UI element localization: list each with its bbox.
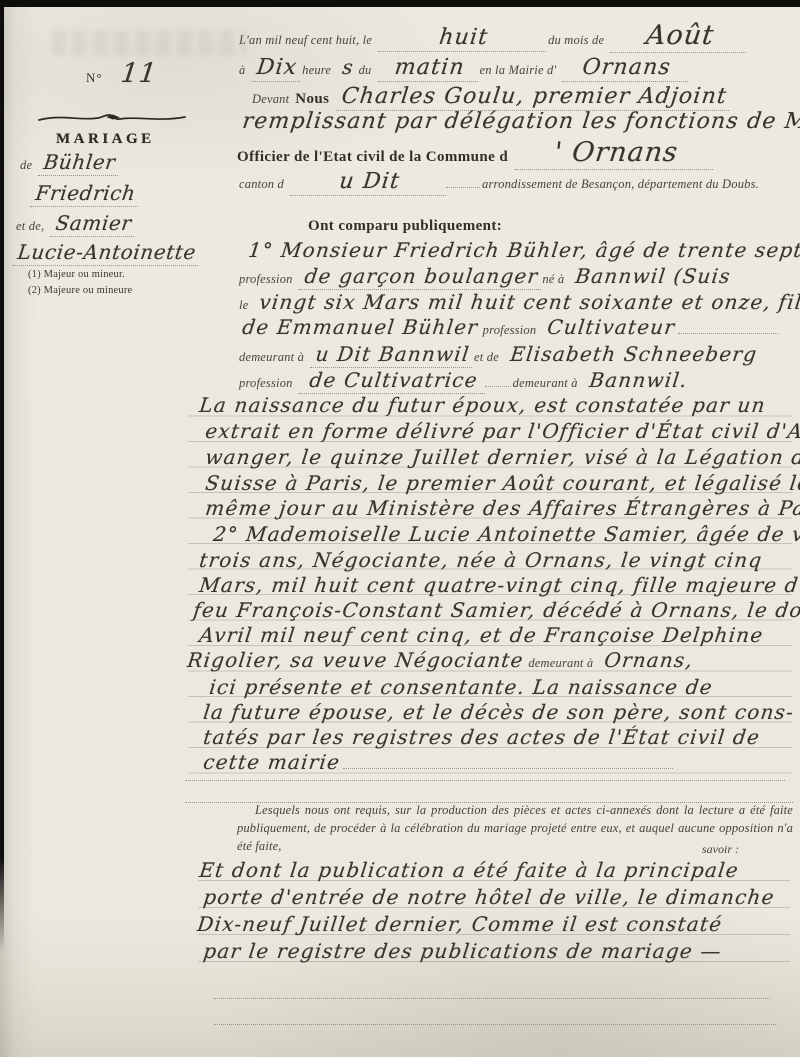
printed-form-text: heure xyxy=(300,63,337,77)
printed-form-text: arrondissement de Besançon, département … xyxy=(480,177,765,191)
act-number-line: N°11 xyxy=(86,58,159,89)
printed-form-text: demeurant à xyxy=(526,656,599,670)
groom-line-6: professionde Cultivatricedemeurant àBann… xyxy=(237,368,690,394)
printed-form-text: Devant xyxy=(250,92,295,106)
margin-title-line: MARIAGE xyxy=(56,130,155,148)
printed-form-text: né à xyxy=(540,272,570,286)
printed-form-text: profession xyxy=(237,376,299,390)
bride-surname: Samier xyxy=(50,211,137,237)
bride-line-1: 2° Mademoiselle Lucie Antoinette Samier,… xyxy=(208,522,800,546)
handwritten-entry: porte d'entrée de notre hôtel de ville, … xyxy=(198,885,780,909)
dotted-rule xyxy=(214,1006,776,1025)
dotted-rule xyxy=(678,315,778,334)
groom-line-4: de Emmanuel BühlerprofessionCultivateur xyxy=(237,315,778,339)
publication-line-4: par le registre des publications de mari… xyxy=(198,939,724,963)
margin-bride-firstname-line: Lucie-Antoinette xyxy=(12,240,198,266)
groom-birth-line-1: La naissance du futur époux, est constat… xyxy=(194,393,768,417)
marriage-register-page: N°11 MARIAGE deBühler Friedrich et de,Sa… xyxy=(0,0,800,1057)
footnote-text: (2) Majeure ou mineure xyxy=(28,285,132,296)
handwritten-entry: même jour au Ministère des Affaires Étra… xyxy=(200,496,800,520)
printed-form-text: le xyxy=(237,298,254,312)
groom-line-3: levingt six Mars mil huit cent soixante … xyxy=(237,290,800,314)
dotted-rule xyxy=(185,762,785,781)
dotted-rule xyxy=(446,169,480,188)
handwritten-entry: Dix-neuf Juillet dernier, Comme il est c… xyxy=(192,912,728,936)
date-line: L'an mil neuf cent huit, lehuitdu mois d… xyxy=(237,20,746,53)
act-number: 11 xyxy=(115,58,163,89)
marriage-title: MARIAGE xyxy=(56,131,155,147)
dotted-rule xyxy=(485,368,511,387)
printed-form-text: Ont comparu publiquement: xyxy=(308,218,509,234)
handwritten-entry: de garçon boulanger xyxy=(299,264,544,290)
printed-form-text: L'an mil neuf cent huit, le xyxy=(237,33,378,47)
printed-form-text: Officier de l'Etat civil de la Commune d xyxy=(237,149,515,165)
handwritten-entry: Cultivateur xyxy=(542,315,681,339)
groom-birth-line-2: extrait en forme délivré par l'Officier … xyxy=(200,419,800,443)
handwritten-entry: wanger, le quinze Juillet dernier, visé … xyxy=(200,445,800,469)
printed-form-text: et de xyxy=(472,350,505,364)
handwritten-commune: ' Ornans xyxy=(515,137,717,170)
handwritten-entry: Mars, mil huit cent quatre-vingt cinq, f… xyxy=(194,573,800,597)
commune-line: Officier de l'Etat civil de la Commune d… xyxy=(237,137,713,170)
bride-line-2: trois ans, Négociante, née à Ornans, le … xyxy=(194,548,765,572)
bottom-rule xyxy=(214,1006,776,1030)
groom-birth-line-4: Suisse à Paris, le premier Août courant,… xyxy=(200,471,800,495)
officiant-line: DevantNousCharles Goulu, premier Adjoint xyxy=(250,84,730,111)
groom-birth-line-5: même jour au Ministère des Affaires Étra… xyxy=(200,496,800,520)
bride-line-3: Mars, mil huit cent quatre-vingt cinq, f… xyxy=(194,573,800,597)
ink-bleed-smudge xyxy=(52,30,247,56)
handwritten-entry: ici présente et consentante. La naissanc… xyxy=(204,675,718,699)
handwritten-day: huit xyxy=(378,25,549,52)
handwritten-commune: Ornans xyxy=(562,55,691,82)
savoir-label: savoir : xyxy=(702,842,739,857)
divider-flourish xyxy=(36,110,188,131)
separator-rule xyxy=(185,762,785,786)
footnote-text: (1) Majeur ou mineur. xyxy=(28,269,125,280)
printed-form-text: demeurant à xyxy=(511,376,584,390)
handwritten-entry: 2° Mademoiselle Lucie Antoinette Samier,… xyxy=(208,522,800,546)
printed-form-text: demeurant à xyxy=(237,350,310,364)
canton-line: canton du Ditarrondissement de Besançon,… xyxy=(237,169,765,196)
groom-line-1: 1° Monsieur Friedrich Bühler, âgé de tre… xyxy=(243,238,800,262)
printed-form-text: profession xyxy=(237,272,299,286)
handwritten-entry: Avril mil neuf cent cinq, et de François… xyxy=(194,623,769,647)
handwritten-entry: Suisse à Paris, le premier Août courant,… xyxy=(200,471,800,495)
handwritten-entry: de Emmanuel Bühler xyxy=(237,315,484,339)
handwritten-officiant: Charles Goulu, premier Adjoint xyxy=(336,84,733,111)
handwritten-entry: remplissant par délégation les fonctions… xyxy=(237,109,800,134)
handwritten-entry: 1° Monsieur Friedrich Bühler, âgé de tre… xyxy=(243,238,800,262)
handwritten-canton: u Dit xyxy=(290,169,449,196)
handwritten-entry: par le registre des publications de mari… xyxy=(198,939,727,963)
handwritten-entry: extrait en forme délivré par l'Officier … xyxy=(200,419,800,443)
handwritten-morning: matin xyxy=(378,55,481,82)
margin-groom-surname-line: deBühler xyxy=(18,150,118,176)
bottom-rule xyxy=(214,980,770,1004)
handwritten-entry: Elisabeth Schneeberg xyxy=(505,342,763,366)
printed-form-text: Nous xyxy=(295,91,336,107)
groom-line-5: demeurant àu Dit Bannwilet deElisabeth S… xyxy=(237,342,760,368)
publication-line-2: porte d'entrée de notre hôtel de ville, … xyxy=(198,885,777,909)
printed-form-text: à xyxy=(237,63,251,77)
groom-birth-line-3: wanger, le quinze Juillet dernier, visé … xyxy=(200,445,800,469)
bride-family-line-4: tatés par les registres des actes de l'É… xyxy=(198,725,763,749)
handwritten-entry: feu François-Constant Samier, décédé à O… xyxy=(188,598,800,622)
printed-form-text: du mois de xyxy=(546,33,610,47)
margin-bride-surname-line: et de,Samier xyxy=(14,211,134,237)
dotted-rule xyxy=(214,980,770,999)
handwritten-entry: Bannwil. xyxy=(584,368,693,392)
time-place-line: àDixheuresdumatinen la Mairie d'Ornans xyxy=(237,55,688,82)
handwritten-entry: tatés par les registres des actes de l'É… xyxy=(198,725,766,749)
handwritten-entry: trois ans, Négociante, née à Ornans, le … xyxy=(194,548,768,572)
bride-family-line-1: Rigolier, sa veuve Négociantedemeurant à… xyxy=(182,648,696,672)
printed-form-text: du xyxy=(357,63,378,77)
groom-surname: Bühler xyxy=(38,150,121,176)
handwritten-entry: La naissance du futur époux, est constat… xyxy=(194,393,771,417)
bride-line-4: feu François-Constant Samier, décédé à O… xyxy=(188,598,800,622)
printed-form-text: profession xyxy=(481,323,543,337)
footnote-2: (2) Majeure ou mineure xyxy=(28,280,132,298)
handwritten-hour: Dix xyxy=(251,55,303,82)
handwritten-month: Août xyxy=(610,20,750,53)
handwritten-plural-s: s xyxy=(337,55,359,79)
publication-line-3: Dix-neuf Juillet dernier, Comme il est c… xyxy=(192,912,725,936)
scan-edge-top xyxy=(0,0,800,7)
handwritten-entry: vingt six Mars mil huit cent soixante et… xyxy=(254,290,800,314)
scan-edge-left xyxy=(0,0,4,952)
margin-groom-firstname-line: Friedrich xyxy=(30,181,138,207)
printed-de-label: de xyxy=(18,158,38,172)
groom-line-2: professionde garçon boulangerné àBannwil… xyxy=(237,264,734,290)
handwritten-entry: Bannwil (Suis xyxy=(570,264,736,288)
delegation-line: remplissant par délégation les fonctions… xyxy=(237,109,800,134)
bride-line-5: Avril mil neuf cent cinq, et de François… xyxy=(194,623,766,647)
handwritten-entry: Ornans, xyxy=(599,648,699,672)
bride-family-line-3: la future épouse, et le décès de son pèr… xyxy=(198,700,797,724)
printed-et-de-label: et de, xyxy=(14,219,50,233)
number-label: N° xyxy=(86,70,115,85)
bride-firstname: Lucie-Antoinette xyxy=(12,240,202,266)
bride-family-line-2: ici présente et consentante. La naissanc… xyxy=(204,675,715,699)
printed-form-text: canton d xyxy=(237,177,290,191)
handwritten-entry: de Cultivatrice xyxy=(299,368,488,394)
handwritten-entry: Rigolier, sa veuve Négociante xyxy=(182,648,529,672)
printed-form-text: en la Mairie d' xyxy=(478,63,563,77)
handwritten-entry: u Dit Bannwil xyxy=(310,342,475,368)
handwritten-entry: Et dont la publication a été faite à la … xyxy=(194,858,744,882)
groom-firstname: Friedrich xyxy=(30,181,141,207)
handwritten-entry: la future épouse, et le décès de son pèr… xyxy=(198,700,800,724)
publication-line-1: Et dont la publication a été faite à la … xyxy=(194,858,741,882)
comparution-heading: Ont comparu publiquement: xyxy=(308,217,509,235)
